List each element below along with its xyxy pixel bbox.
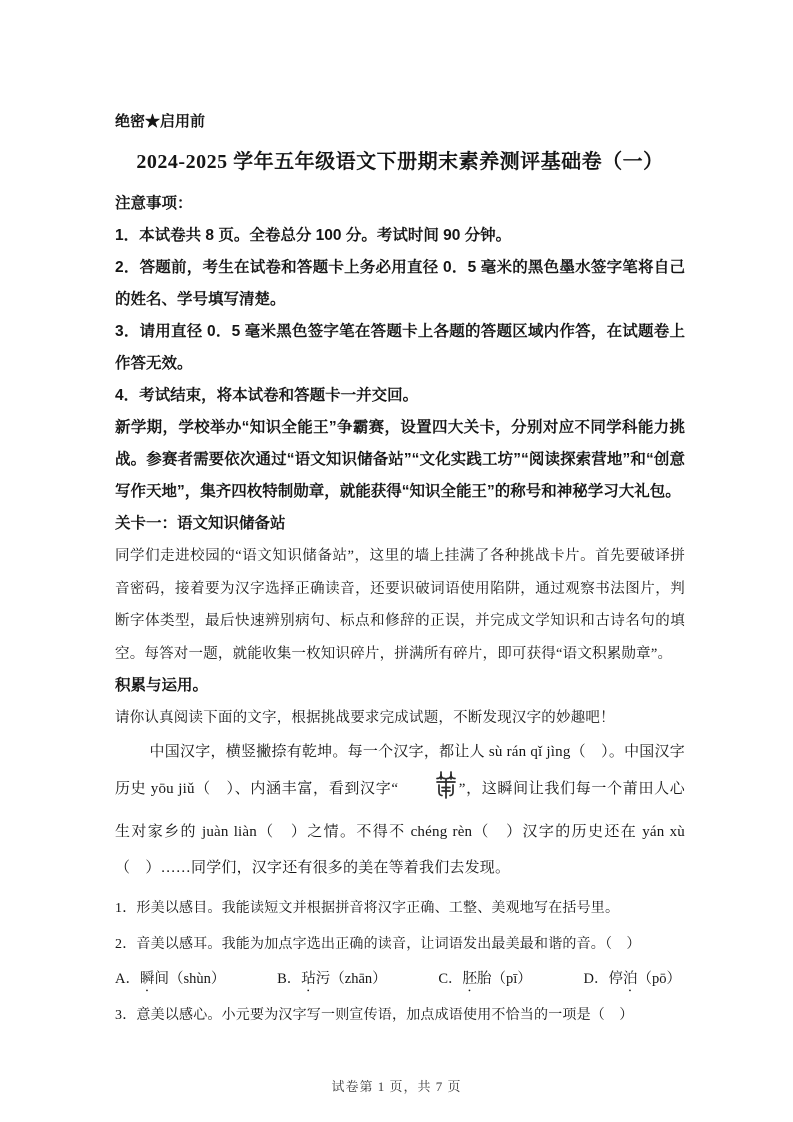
level-one-heading: 关卡一：语文知识储备站 bbox=[115, 508, 685, 540]
competition-intro: 新学期，学校举办“知识全能王”争霸赛，设置四大关卡，分别对应不同学科能力挑战。参… bbox=[115, 412, 685, 508]
notice-heading: 注意事项： bbox=[115, 188, 685, 220]
notice-item-3: 3．请用直径 0．5 毫米黑色签字笔在答题卡上各题的答题区域内作答，在试题卷上作… bbox=[115, 316, 685, 380]
option-d: D．停泊（pō） bbox=[584, 964, 681, 995]
option-a: A．瞬间（shùn） bbox=[115, 964, 225, 995]
notice-item-2: 2．答题前，考生在试卷和答题卡上务必用直径 0．5 毫米的黑色墨水签字笔将自己的… bbox=[115, 252, 685, 316]
question-2: 2．音美以感耳。我能为加点字选出正确的读音，让词语发出最美最和谐的音。（ ） bbox=[115, 930, 685, 960]
security-classification: 绝密★启用前 bbox=[115, 112, 685, 132]
section-instruction: 请你认真阅读下面的文字，根据挑战要求完成试题，不断发现汉字的妙趣吧！ bbox=[115, 702, 685, 734]
dotted-char: 泊 bbox=[623, 971, 638, 987]
exam-paper-page: 绝密★启用前 2024-2025 学年五年级语文下册期末素养测评基础卷（一） 注… bbox=[0, 0, 793, 1122]
section-heading: 积累与运用。 bbox=[115, 670, 685, 702]
option-b-pinyin: （zhān） bbox=[330, 971, 386, 987]
level-one-description: 同学们走进校园的“语文知识储备站”，这里的墙上挂满了各种挑战卡片。首先要破译拼音… bbox=[115, 540, 685, 670]
notice-item-1: 1．本试卷共 8 页。全卷总分 100 分。考试时间 90 分钟。 bbox=[115, 220, 685, 252]
option-c-pinyin: （pī） bbox=[492, 971, 532, 987]
question-1: 1．形美以感目。我能读短文并根据拼音将汉字正确、工整、美观地写在括号里。 bbox=[115, 894, 685, 924]
seal-script-character-icon bbox=[399, 770, 458, 814]
option-a-pinyin: （shùn） bbox=[169, 971, 225, 987]
question-2-options: A．瞬间（shùn） B．玷污（zhān） C．胚胎（pī） D．停泊（pō） bbox=[115, 964, 685, 995]
question-3: 3．意美以感心。小元要为汉字写一则宣传语，加点成语使用不恰当的一项是（ ） bbox=[115, 1001, 685, 1031]
exam-title: 2024-2025 学年五年级语文下册期末素养测评基础卷（一） bbox=[115, 148, 685, 176]
page-footer: 试卷第 1 页，共 7 页 bbox=[0, 1076, 793, 1095]
dotted-char: 瞬 bbox=[140, 971, 155, 987]
dotted-char: 玷 bbox=[301, 971, 316, 987]
dotted-char: 胚 bbox=[463, 971, 478, 987]
reading-passage: 中国汉字，横竖撇捺有乾坤。每一个汉字，都让人 sù rán qǐ jìng（ ）… bbox=[115, 734, 685, 886]
option-b: B．玷污（zhān） bbox=[277, 964, 387, 995]
option-d-pinyin: （pō） bbox=[637, 971, 681, 987]
option-c: C．胚胎（pī） bbox=[438, 964, 531, 995]
notice-item-4: 4．考试结束，将本试卷和答题卡一并交回。 bbox=[115, 380, 685, 412]
